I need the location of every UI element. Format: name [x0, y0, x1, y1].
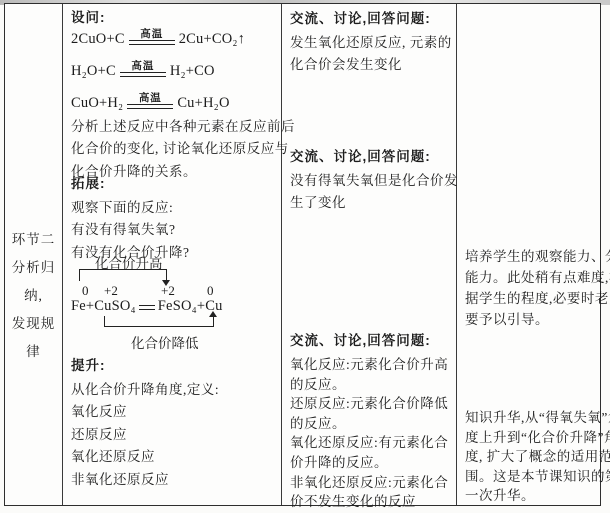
discussion-answer-1: 发生氧化还原反应, 元素的 化合价会发生变化: [290, 32, 453, 77]
analysis-line-1: 分析上述反应中各种元素在反应前后: [71, 116, 278, 138]
note-2-line-1: 知识升华,从“得氧失氧”角: [465, 408, 597, 428]
chemical-equation-2: H₂O+C 高温 H₂+CO: [71, 63, 278, 79]
answer-3-line-2: 的反应。: [290, 375, 453, 395]
definition-reduction: 还原反应: [71, 424, 278, 446]
equation-1-left: 2CuO+C: [71, 32, 125, 47]
note-2-line-3: 度, 扩大了概念的适用范: [465, 447, 597, 467]
column-stage: 环节二 分析归纳, 发现规律: [5, 4, 63, 505]
displacement-equation-left: Fe+CuSO₄: [71, 298, 136, 315]
definition-intro: 从化合价升降角度,定义:: [71, 379, 278, 401]
equals-double-line: [139, 305, 155, 310]
valence-change-diagram: 化合价升高 0 +2 +2 0 Fe+CuSO₄ FeSO₄+Cu 化合价降低: [69, 252, 275, 348]
definition-non-redox: 非氧化还原反应: [71, 469, 278, 491]
stage-line-1: 环节二: [5, 226, 62, 254]
oxidation-number-fe-right: +2: [161, 283, 175, 299]
expand-header: 拓展:: [71, 177, 278, 191]
expand-line-2: 有没有得氧失氧?: [71, 219, 278, 241]
column-design-intent: 培养学生的观察能力、分析 能力。此处稍有点难度,根 据学生的程度,必要时老师 要…: [457, 4, 600, 505]
answer-3-line-8: 价不发生变化的反应: [290, 492, 453, 512]
answer-3-line-3: 还原反应:元素化合价降低: [290, 394, 453, 414]
condition-text: 高温: [131, 61, 154, 72]
equation-1-right: 2Cu+CO₂↑: [179, 32, 245, 47]
design-intent-note-1: 培养学生的观察能力、分析 能力。此处稍有点难度,根 据学生的程度,必要时老师 要…: [465, 246, 597, 330]
discussion-header-3: 交流、讨论,回答问题:: [290, 334, 453, 348]
definition-redox: 氧化还原反应: [71, 446, 278, 468]
answer-1-line-2: 化合价会发生变化: [290, 54, 453, 76]
stage-label: 环节二 分析归纳, 发现规律: [5, 226, 62, 366]
answer-3-line-1: 氧化反应:元素化合价升高: [290, 355, 453, 375]
oxidation-number-cu-right: 0: [207, 283, 214, 299]
condition-text: 高温: [139, 93, 162, 104]
answer-3-line-4: 的反应。: [290, 414, 453, 434]
lesson-plan-table: 环节二 分析归纳, 发现规律 设问: 2CuO+C 高温 2Cu+CO₂↑ H₂…: [4, 3, 601, 506]
note-1-line-4: 要予以引导。: [465, 309, 597, 330]
discussion-answer-3: 氧化反应:元素化合价升高 的反应。 还原反应:元素化合价降低 的反应。 氧化还原…: [290, 355, 453, 512]
equals-double-line: [127, 104, 173, 109]
analysis-paragraph: 分析上述反应中各种元素在反应前后 化合价的变化, 讨论氧化还原反应与 化合价升降…: [71, 116, 278, 183]
discussion-answer-2: 没有得氧失氧但是化合价发 生了变化: [290, 170, 453, 215]
definition-list: 从化合价升降角度,定义: 氧化反应 还原反应 氧化还原反应 非氧化还原反应: [71, 379, 278, 491]
column-student-activity: 交流、讨论,回答问题: 发生氧化还原反应, 元素的 化合价会发生变化 交流、讨论…: [282, 4, 457, 505]
note-1-line-1: 培养学生的观察能力、分析: [465, 246, 597, 267]
discussion-header-2: 交流、讨论,回答问题:: [290, 150, 453, 164]
note-2-line-2: 度上升到“化合价升降”角: [465, 428, 597, 448]
note-1-line-2: 能力。此处稍有点难度,根: [465, 267, 597, 288]
definition-oxidation: 氧化反应: [71, 401, 278, 423]
equation-2-right: H₂+CO: [170, 64, 215, 79]
discussion-header-1: 交流、讨论,回答问题:: [290, 12, 453, 26]
chemical-equation-3: CuO+H₂ 高温 Cu+H₂O: [71, 95, 278, 111]
valence-increase-arrow: [79, 269, 167, 281]
ask-header: 设问:: [71, 11, 278, 25]
equation-3-right: Cu+H₂O: [177, 96, 229, 111]
displacement-equation: Fe+CuSO₄ FeSO₄+Cu: [71, 298, 223, 315]
design-intent-note-2: 知识升华,从“得氧失氧”角 度上升到“化合价升降”角 度, 扩大了概念的适用范 …: [465, 408, 597, 506]
equation-2-left: H₂O+C: [71, 64, 116, 79]
stage-line-2: 分析归纳,: [5, 254, 62, 310]
column-teacher-activity: 设问: 2CuO+C 高温 2Cu+CO₂↑ H₂O+C 高温 H₂+CO Cu…: [63, 4, 282, 505]
reaction-condition-3: 高温: [127, 93, 173, 109]
answer-3-line-5: 氧化还原反应:有元素化合: [290, 433, 453, 453]
equation-3-left: CuO+H₂: [71, 96, 123, 111]
expand-line-1: 观察下面的反应:: [71, 197, 278, 219]
stage-line-3: 发现规律: [5, 310, 62, 366]
chemical-equation-1: 2CuO+C 高温 2Cu+CO₂↑: [71, 31, 278, 47]
note-1-line-3: 据学生的程度,必要时老师: [465, 288, 597, 309]
condition-text: 高温: [140, 29, 163, 40]
oxidation-number-cu-left: +2: [104, 283, 118, 299]
answer-2-line-1: 没有得氧失氧但是化合价发: [290, 170, 453, 192]
answer-3-line-6: 价升降的反应。: [290, 453, 453, 473]
oxidation-number-fe-left: 0: [82, 283, 89, 299]
reaction-condition-2: 高温: [120, 61, 166, 77]
answer-2-line-2: 生了变化: [290, 192, 453, 214]
valence-decrease-label: 化合价降低: [131, 332, 199, 352]
equals-double-line: [120, 72, 166, 77]
reaction-condition-1: 高温: [129, 29, 175, 45]
analysis-line-2: 化合价的变化, 讨论氧化还原反应与: [71, 138, 278, 160]
valence-decrease-arrow: [104, 316, 214, 327]
raise-header: 提升:: [71, 359, 278, 373]
answer-1-line-1: 发生氧化还原反应, 元素的: [290, 32, 453, 54]
equals-double-line: [129, 40, 175, 45]
answer-3-line-7: 非氧化还原反应:元素化合: [290, 473, 453, 493]
note-2-line-4: 围。这是本节课知识的第: [465, 467, 597, 487]
note-2-line-5: 一次升华。: [465, 486, 597, 506]
